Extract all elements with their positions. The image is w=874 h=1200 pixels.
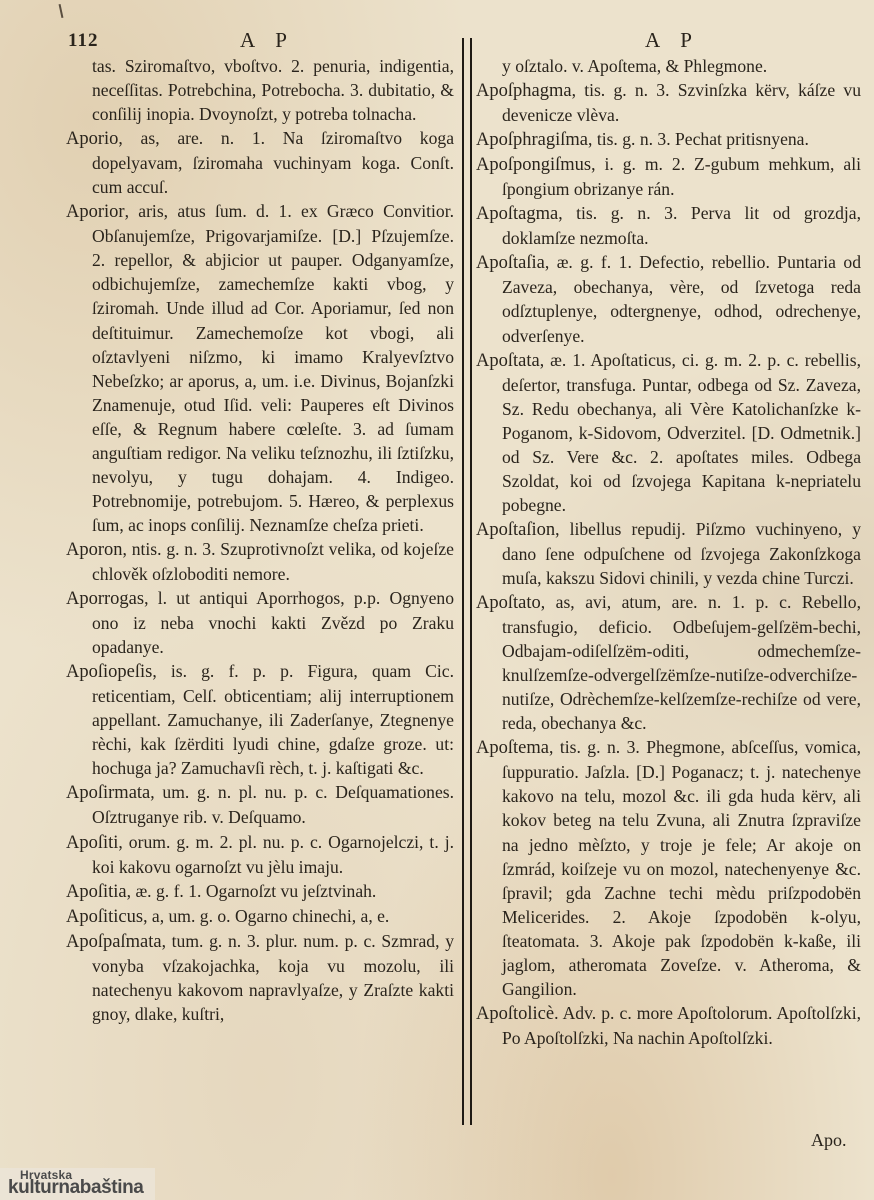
- entry-text: , æ. 1. Apoſtaticus, ci. g. m. 2. p. c. …: [502, 350, 861, 515]
- page-mark: [59, 4, 64, 18]
- entry-headword: Aporrogas: [66, 589, 144, 609]
- entry-text: , as, are. n. 1. Na ſziromaſtvo koga dop…: [92, 128, 454, 197]
- entry-headword: Apoſtaſia: [476, 253, 545, 273]
- entry-text: , as, avi, atum, are. n. 1. p. c. Rebell…: [502, 592, 861, 733]
- running-head-right: A P: [645, 28, 700, 53]
- entry-text: , tis. g. n. 3. Phegmone, abſceſſus, vom…: [502, 737, 861, 998]
- entry-headword: Apoſtato: [476, 593, 541, 613]
- entry-headword: Apoſiopeſis: [66, 662, 152, 682]
- entry-headword: Apoſphragiſma: [476, 130, 588, 150]
- entry-continuation: tas. Sziromaſtvo, vboſtvo. 2. penuria, i…: [66, 54, 454, 126]
- column-divider-rule: [470, 38, 472, 1125]
- dictionary-entry: Aporio, as, are. n. 1. Na ſziromaſtvo ko…: [66, 126, 454, 199]
- dictionary-entry: Apoſtema, tis. g. n. 3. Phegmone, abſceſ…: [476, 735, 861, 1001]
- dictionary-entry: Apoſiti, orum. g. m. 2. pl. nu. p. c. Og…: [66, 830, 454, 879]
- dictionary-entry: Apoſpongiſmus, i. g. m. 2. Z-gubum mehku…: [476, 152, 861, 201]
- entry-headword: Apoſiticus: [66, 907, 143, 927]
- entry-headword: Apoſiti: [66, 833, 118, 853]
- entry-text: , l. ut antiqui Aporrhogos, p.p. Ognyeno…: [92, 588, 454, 657]
- dictionary-entry: Apoſtato, as, avi, atum, are. n. 1. p. c…: [476, 590, 861, 735]
- right-column: y oſztalo. v. Apoſtema, & Phlegmone. Apo…: [476, 54, 861, 1050]
- left-column: tas. Sziromaſtvo, vboſtvo. 2. penuria, i…: [66, 54, 454, 1026]
- entry-headword: Aporon: [66, 540, 123, 560]
- entry-headword: Apoſphagma: [476, 81, 572, 101]
- entry-text: , ntis. g. n. 3. Szuprotivnoſzt velika, …: [92, 539, 454, 584]
- dictionary-entry: Apoſtata, æ. 1. Apoſtaticus, ci. g. m. 2…: [476, 348, 861, 517]
- watermark-logo: Hrvatska kulturnabaština: [0, 1168, 155, 1200]
- entry-text: , libellus repudij. Piſzmo vuchinyeno, y…: [502, 519, 861, 588]
- dictionary-entry: Aporon, ntis. g. n. 3. Szuprotivnoſzt ve…: [66, 537, 454, 586]
- dictionary-entry: Apoſtolicè. Adv. p. c. more Apoſtolorum.…: [476, 1001, 861, 1050]
- entry-text: . Adv. p. c. more Apoſtolorum. Apoſtolſz…: [502, 1003, 861, 1048]
- dictionary-entry: Apoſitia, æ. g. f. 1. Ogarnoſzt vu jeſzt…: [66, 879, 454, 904]
- dictionary-entry: Apoſtagma, tis. g. n. 3. Perva lit od gr…: [476, 201, 861, 250]
- column-divider-rule: [462, 38, 464, 1125]
- entry-text: , orum. g. m. 2. pl. nu. p. c. Ogarnojel…: [92, 832, 454, 877]
- catchword: Apo.: [811, 1130, 847, 1151]
- dictionary-entry: Apoſirmata, um. g. n. pl. nu. p. c. Deſq…: [66, 780, 454, 829]
- dictionary-entry: Apoſiopeſis, is. g. f. p. p. Figura, qua…: [66, 659, 454, 780]
- entry-headword: Apoſtaſion: [476, 520, 555, 540]
- entry-headword: Apoſtolicè: [476, 1004, 554, 1024]
- dictionary-entry: Aporrogas, l. ut antiqui Aporrhogos, p.p…: [66, 586, 454, 659]
- entry-headword: Apoſitia: [66, 882, 127, 902]
- entry-text: , a, um. g. o. Ogarno chinechi, a, e.: [143, 906, 389, 926]
- dictionary-entry: Apoſtaſion, libellus repudij. Piſzmo vuc…: [476, 517, 861, 590]
- entry-headword: Apoſirmata: [66, 783, 150, 803]
- entry-text: y oſztalo. v. Apoſtema, & Phlegmone.: [502, 56, 767, 76]
- running-head-left: A P: [240, 28, 295, 53]
- entry-headword: Apoſpongiſmus: [476, 155, 591, 175]
- entry-headword: Apoſtema: [476, 738, 549, 758]
- entry-headword: Aporior: [66, 202, 125, 222]
- dictionary-entry: Aporior, aris, atus ſum. d. 1. ex Græco …: [66, 199, 454, 537]
- dictionary-entry: Apoſphagma, tis. g. n. 3. Szvinſzka kërv…: [476, 78, 861, 127]
- entry-headword: Apoſpaſmata: [66, 932, 162, 952]
- entry-text: , æ. g. f. 1. Ogarnoſzt vu jeſztvinah.: [127, 881, 377, 901]
- dictionary-entry: Apoſtaſia, æ. g. f. 1. Defectio, rebelli…: [476, 250, 861, 347]
- entry-headword: Apoſtata: [476, 351, 540, 371]
- entry-continuation: y oſztalo. v. Apoſtema, & Phlegmone.: [476, 54, 861, 78]
- entry-text: tas. Sziromaſtvo, vboſtvo. 2. penuria, i…: [92, 56, 454, 124]
- dictionary-entry: Apoſiticus, a, um. g. o. Ogarno chinechi…: [66, 904, 454, 929]
- dictionary-entry: Apoſphragiſma, tis. g. n. 3. Pechat prit…: [476, 127, 861, 152]
- entry-text: , aris, atus ſum. d. 1. ex Græco Conviti…: [92, 201, 454, 535]
- page-number: 112: [68, 30, 98, 52]
- entry-text: , æ. g. f. 1. Defectio, rebellio. Puntar…: [502, 252, 861, 345]
- entry-headword: Apoſtagma: [476, 204, 558, 224]
- dictionary-entry: Apoſpaſmata, tum. g. n. 3. plur. num. p.…: [66, 929, 454, 1026]
- entry-headword: Aporio: [66, 129, 118, 149]
- entry-text: , tis. g. n. 3. Pechat pritisnyena.: [588, 129, 809, 149]
- watermark-line-2: kulturnabaština: [8, 1177, 143, 1199]
